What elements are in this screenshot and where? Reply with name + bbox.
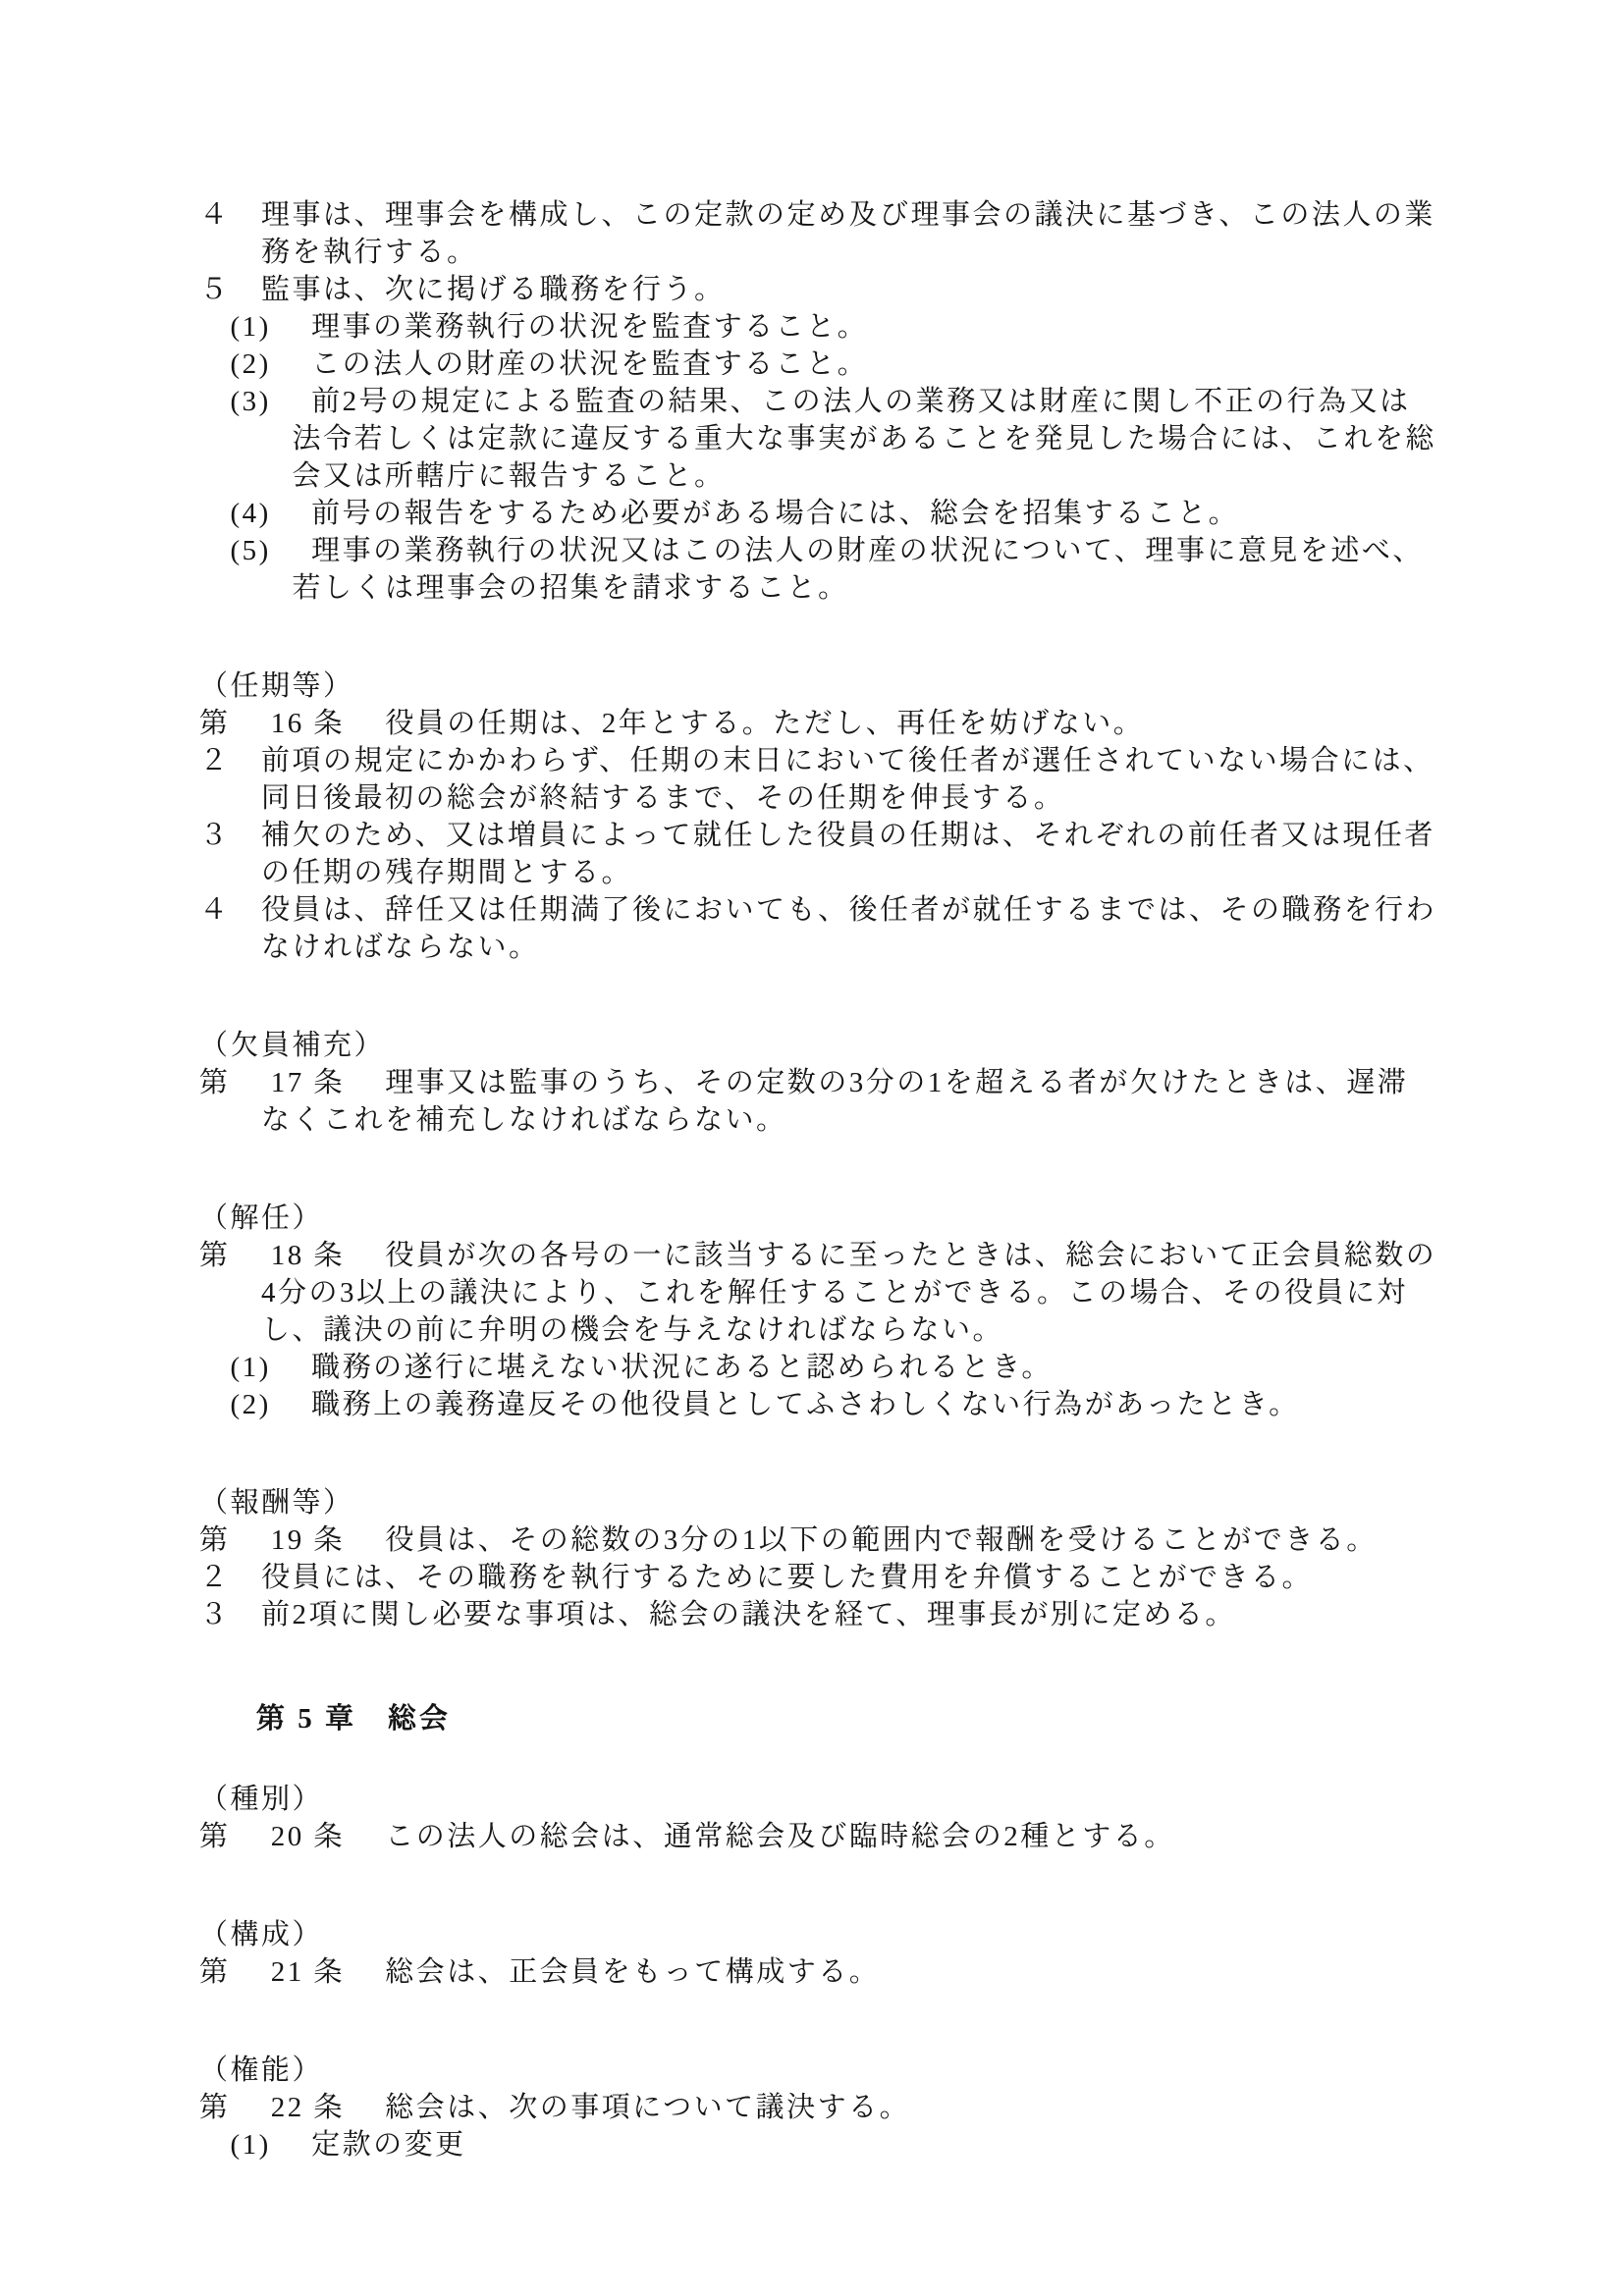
- section-heading: （種別）: [199, 1781, 1564, 1818]
- continuation-line: なくこれを補充しなければならない。: [199, 1101, 1564, 1139]
- paragraph-line: ４ 理事は、理事会を構成し、この定款の定め及び理事会の議決に基づき、この法人の業: [199, 196, 1564, 234]
- continuation-line: 若しくは理事会の招集を請求すること。: [199, 569, 1564, 607]
- section-heading: （報酬等）: [199, 1484, 1564, 1522]
- section-heading: （権能）: [199, 2052, 1564, 2089]
- paragraph-line: ２ 役員には、その職務を執行するために要した費用を弁償することができる。: [199, 1559, 1564, 1596]
- section-heading: （構成）: [199, 1916, 1564, 1953]
- item-line: (1) 理事の業務執行の状況を監査すること。: [199, 308, 1564, 346]
- paragraph-line: ５ 監事は、次に掲げる職務を行う。: [199, 271, 1564, 308]
- item-line: (5) 理事の業務執行の状況又はこの法人の財産の状況について、理事に意見を述べ、: [199, 532, 1564, 569]
- continuation-line: し、議決の前に弁明の機会を与えなければならない。: [199, 1311, 1564, 1349]
- item-line: (1) 定款の変更: [199, 2126, 1564, 2163]
- paragraph-line: ３ 前2項に関し必要な事項は、総会の議決を経て、理事長が別に定める。: [199, 1596, 1564, 1633]
- item-line: (2) この法人の財産の状況を監査すること。: [199, 346, 1564, 383]
- continuation-line: の任期の残存期間とする。: [199, 854, 1564, 891]
- article-line: 第 18 条 役員が次の各号の一に該当するに至ったときは、総会において正会員総数…: [199, 1237, 1564, 1274]
- chapter-heading: 第 5 章 総会: [199, 1700, 1564, 1737]
- paragraph-line: ２ 前項の規定にかかわらず、任期の末日において後任者が選任されていない場合には、: [199, 742, 1564, 779]
- continuation-line: 4分の3以上の議決により、これを解任することができる。この場合、その役員に対: [199, 1274, 1564, 1311]
- continuation-line: 同日後最初の総会が終結するまで、その任期を伸長する。: [199, 779, 1564, 817]
- continuation-line: なければならない。: [199, 929, 1564, 966]
- article-line: 第 20 条 この法人の総会は、通常総会及び臨時総会の2種とする。: [199, 1818, 1564, 1855]
- article-line: 第 21 条 総会は、正会員をもって構成する。: [199, 1953, 1564, 1991]
- item-line: (2) 職務上の義務違反その他役員としてふさわしくない行為があったとき。: [199, 1386, 1564, 1423]
- article-line: 第 19 条 役員は、その総数の3分の1以下の範囲内で報酬を受けることができる。: [199, 1522, 1564, 1559]
- item-line: (1) 職務の遂行に堪えない状況にあると認められるとき。: [199, 1349, 1564, 1386]
- article-line: 第 22 条 総会は、次の事項について議決する。: [199, 2089, 1564, 2126]
- article-line: 第 17 条 理事又は監事のうち、その定数の3分の1を超える者が欠けたときは、遅…: [199, 1064, 1564, 1101]
- paragraph-line: ３ 補欠のため、又は増員によって就任した役員の任期は、それぞれの前任者又は現任者: [199, 817, 1564, 854]
- section-heading: （解任）: [199, 1200, 1564, 1237]
- section-heading: （任期等）: [199, 667, 1564, 705]
- section-heading: （欠員補充）: [199, 1027, 1564, 1064]
- item-line: (3) 前2号の規定による監査の結果、この法人の業務又は財産に関し不正の行為又は: [199, 383, 1564, 420]
- document-page: ４ 理事は、理事会を構成し、この定款の定め及び理事会の議決に基づき、この法人の業…: [0, 0, 1623, 2296]
- continuation-line: 法令若しくは定款に違反する重大な事実があることを発見した場合には、これを総: [199, 420, 1564, 457]
- continuation-line: 務を執行する。: [199, 234, 1564, 271]
- paragraph-line: ４ 役員は、辞任又は任期満了後においても、後任者が就任するまでは、その職務を行わ: [199, 891, 1564, 929]
- article-line: 第 16 条 役員の任期は、2年とする。ただし、再任を妨げない。: [199, 705, 1564, 742]
- continuation-line: 会又は所轄庁に報告すること。: [199, 457, 1564, 495]
- item-line: (4) 前号の報告をするため必要がある場合には、総会を招集すること。: [199, 495, 1564, 532]
